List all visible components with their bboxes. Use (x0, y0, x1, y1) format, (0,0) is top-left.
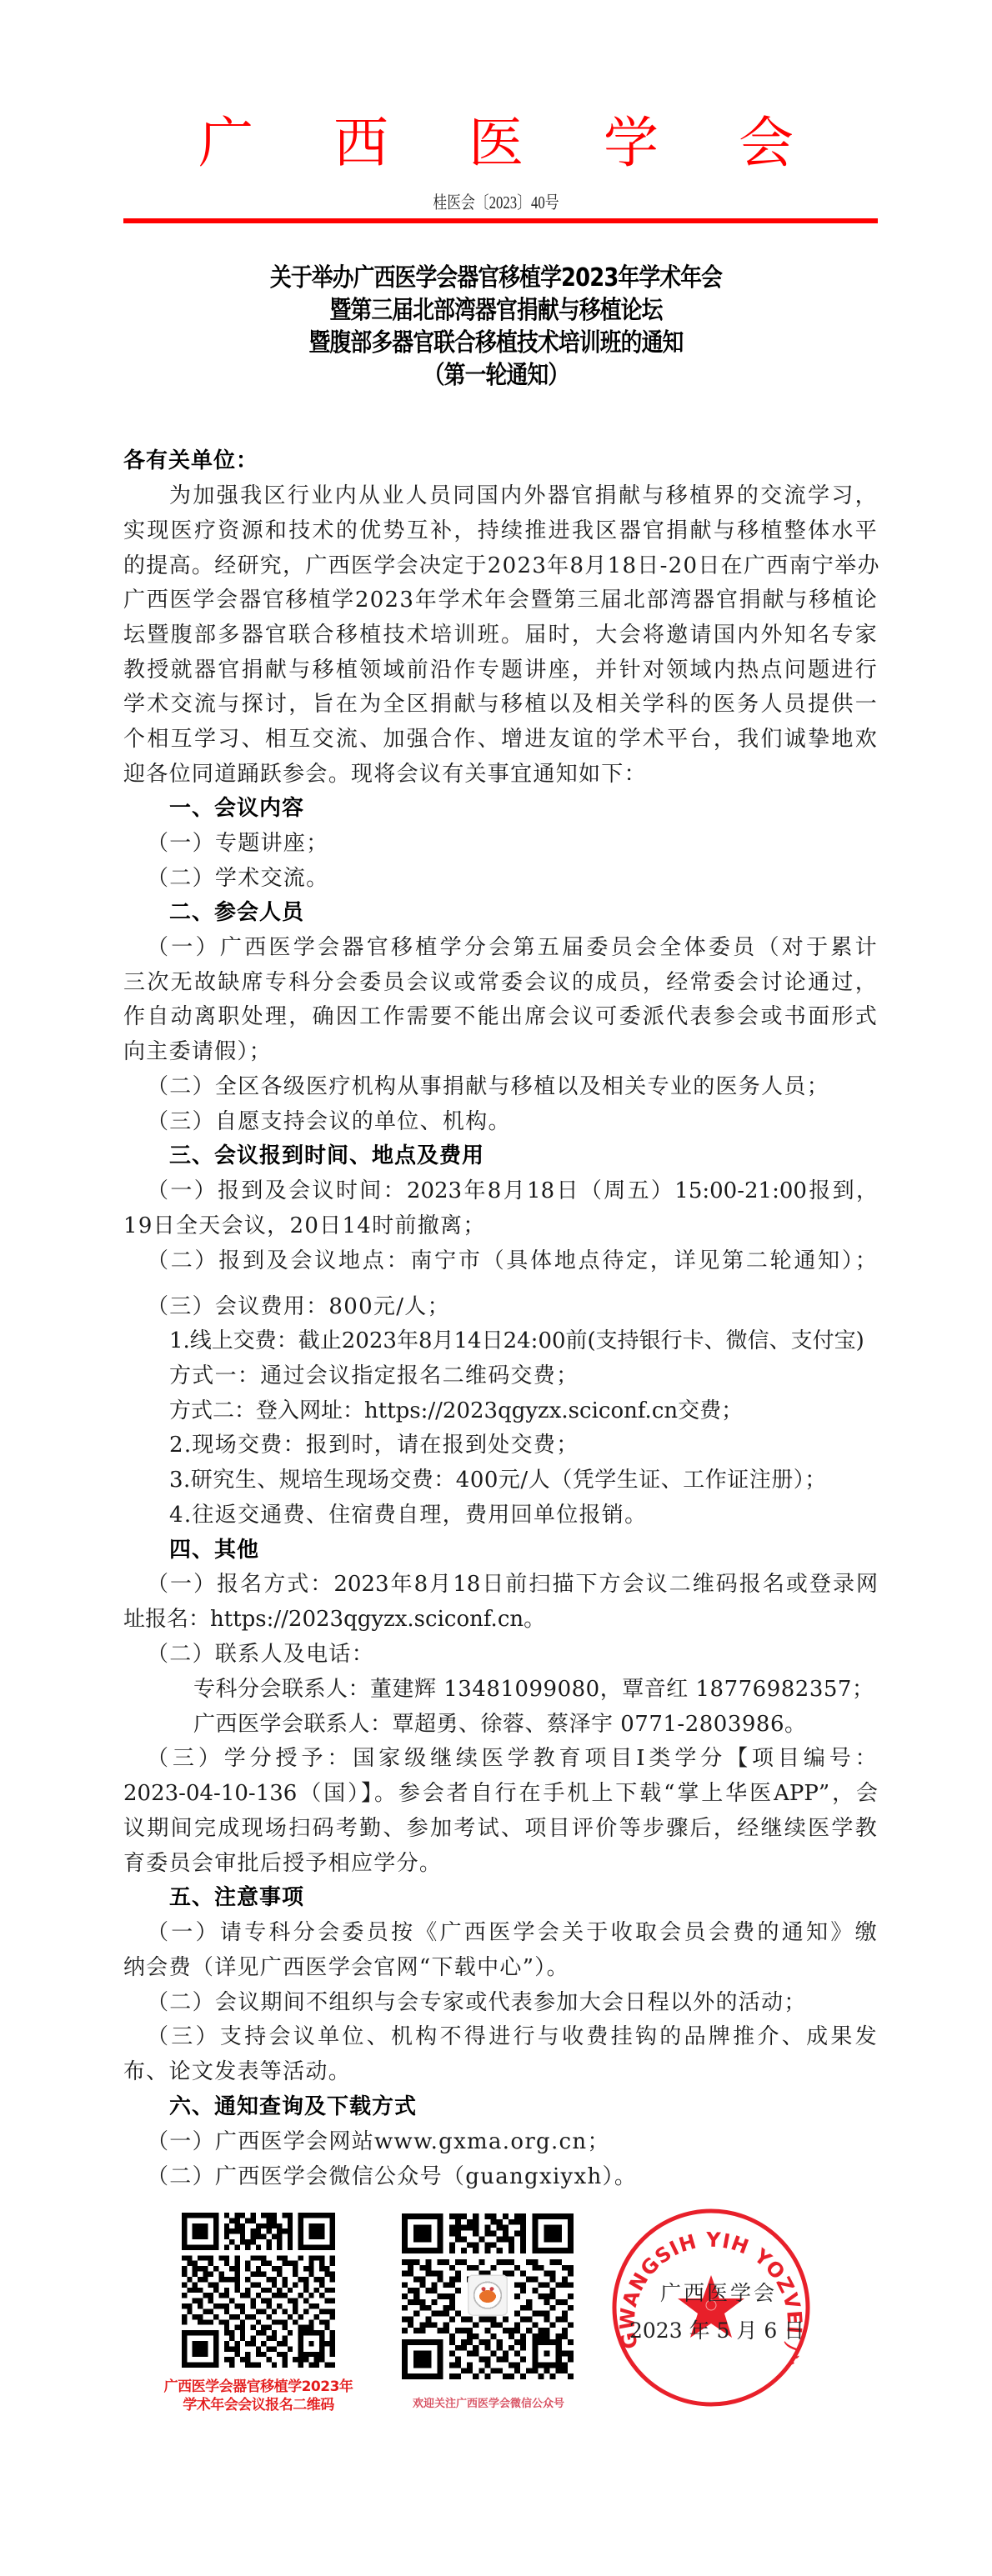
wechat-qr-code-icon[interactable] (402, 2213, 574, 2379)
contact-line: 专科分会联系人：董建辉 13481099080，覃音红 18776982357； (193, 1675, 874, 1703)
registration-qr-code-icon[interactable] (182, 2213, 335, 2368)
seal-date: 2023 年 5 月 6 日 (629, 2318, 804, 2343)
list-item: （一）报到及会议时间：2023年8月18日（周五）15:00-21:00报到， (147, 1177, 878, 1205)
official-seal-icon: GWANGSIH YIH YOZVEI 广 西 医 学 会 (610, 2207, 812, 2408)
list-item: （一）请专科分会委员按《广西医学会关于收取会员会费的通知》缴 (147, 1918, 878, 1947)
intro-line: 迎各位同道踊跃参会。现将会议有关事宜通知如下： (123, 760, 647, 788)
contact-line: 广西医学会联系人：覃超勇、徐蓉、蔡泽宇 0771-2803986。 (193, 1710, 807, 1738)
document-number: 桂医会〔2023〕40号 (99, 190, 893, 215)
section-heading-attendees: 二、参会人员 (169, 898, 304, 927)
list-item: （二）会议期间不组织与会专家或代表参加大会日程以外的活动； (147, 1988, 807, 2017)
intro-line: 广西医学会器官移植学2023年学术年会暨第三届北部湾器官捐献与移植论 (123, 586, 878, 614)
list-item: （三）会议费用：800元/人； (147, 1293, 450, 1321)
title-line: 暨腹部多器官联合移植技术培训班的通知 (69, 327, 922, 359)
list-item: （三）学分授予：国家级继续医学教育项目Ⅰ类学分【项目编号： (147, 1744, 878, 1773)
fee-item: 1.线上交费：截止2023年8月14日24:00前(支持银行卡、微信、支付宝) (169, 1327, 864, 1355)
website-link[interactable]: （一）广西医学会网站www.gxma.org.cn； (147, 2128, 610, 2156)
document-title: 关于举办广西医学会器官移植学2023年学术年会 暨第三届北部湾器官捐献与移植论坛… (0, 262, 992, 392)
list-item: （三）自愿支持会议的单位、机构。 (147, 1108, 511, 1136)
fee-item: 2.现场交费：报到时，请在报到处交费； (169, 1431, 579, 1459)
wechat-account: （二）广西医学会微信公众号（guangxiyxh）。 (147, 2163, 637, 2191)
list-item: （二）联系人及电话： (147, 1640, 374, 1668)
list-item-continuation: 纳会费（详见广西医学会官网“下载中心”）。 (123, 1953, 569, 1982)
list-item-continuation: 19日全天会议，20日14时前撤离； (123, 1212, 486, 1240)
list-item-continuation: 2023-04-10-136（国）】。参会者自行在手机上下载“掌上华医APP”，… (123, 1779, 878, 1808)
masthead-org-name: 广西医学会 (0, 110, 992, 177)
list-item-continuation: 育委员会审批后授予相应学分。 (123, 1849, 442, 1878)
list-item: （二）报到及会议地点：南宁市（具体地点待定，详见第二轮通知）； (147, 1247, 878, 1275)
fee-item: 4.往返交通费、住宿费自理，费用回单位报销。 (169, 1501, 647, 1529)
title-line: 关于举办广西医学会器官移植学2023年学术年会 (69, 262, 922, 294)
intro-line: 学术交流与探讨，旨在为全区捐献与移植以及相关学科的医务人员提供一 (123, 690, 878, 718)
list-item-continuation: 作自动离职处理，确因工作需要不能出席会议可委派代表参会或书面形式 (123, 1003, 878, 1031)
section-heading-meeting-content: 一、会议内容 (169, 794, 304, 823)
fee-item: 方式二：登入网址：https://2023qgyzx.sciconf.cn交费； (169, 1397, 743, 1425)
title-line: （第一轮通知） (69, 359, 922, 392)
fee-item: 方式一：通过会议指定报名二维码交费； (169, 1362, 579, 1390)
list-item: （三）支持会议单位、机构不得进行与收费挂钩的品牌推介、成果发 (147, 2023, 878, 2051)
intro-line: 的提高。经研究，广西医学会决定于2023年8月18日-20日在广西南宁举办 (123, 552, 878, 580)
list-item-continuation: 布、论文发表等活动。 (123, 2058, 351, 2086)
intro-line: 实现医疗资源和技术的优势互补，持续推进我区器官捐献与移植整体水平 (123, 517, 878, 545)
list-item: （一）报名方式：2023年8月18日前扫描下方会议二维码报名或登录网 (147, 1570, 878, 1598)
list-item-continuation: 三次无故缺席专科分会委员会议或常委会议的成员，经常委会讨论通过， (123, 968, 878, 997)
list-item: （二）全区各级医疗机构从事捐献与移植以及相关专业的医务人员； (147, 1073, 829, 1101)
caption-line: 学术年会会议报名二维码 (142, 2396, 375, 2414)
salutation: 各有关单位： (123, 447, 258, 475)
registration-qr-caption: 广西医学会器官移植学2023年 学术年会会议报名二维码 (142, 2378, 375, 2414)
title-line: 暨第三届北部湾器官捐献与移植论坛 (69, 294, 922, 327)
caption-line: 广西医学会器官移植学2023年 (142, 2378, 375, 2396)
intro-line: 教授就器官捐献与移植领域前沿作专题讲座，并针对领域内热点问题进行 (123, 656, 878, 684)
intro-line: 坛暨腹部多器官联合移植技术培训班。届时，大会将邀请国内外知名专家 (123, 621, 878, 649)
list-item: （一）广西医学会器官移植学分会第五届委员会全体委员（对于累计 (147, 933, 878, 962)
list-item-continuation: 议期间完成现场扫码考勤、参加考试、项目评价等步骤后，经继续医学教 (123, 1814, 878, 1843)
section-heading-query-download: 六、通知查询及下载方式 (169, 2093, 417, 2121)
red-divider-rule (123, 218, 878, 223)
wechat-qr-caption: 欢迎关注广西医学会微信公众号 (398, 2397, 579, 2412)
section-heading-time-place-fees: 三、会议报到时间、地点及费用 (169, 1142, 484, 1170)
list-item: （一）专题讲座； (147, 829, 328, 858)
list-item-continuation: 向主委请假）； (123, 1038, 272, 1066)
registration-url[interactable]: 址报名：https://2023qgyzx.sciconf.cn。 (123, 1605, 545, 1633)
intro-line: 为加强我区行业内从业人员同国内外器官捐献与移植界的交流学习， (169, 482, 878, 510)
fee-item: 3.研究生、规培生现场交费：400元/人（凭学生证、工作证注册）； (169, 1466, 827, 1494)
list-item: （二）学术交流。 (147, 864, 328, 893)
section-heading-other: 四、其他 (169, 1536, 259, 1564)
section-heading-notes: 五、注意事项 (169, 1883, 304, 1912)
intro-line: 个相互学习、相互交流、加强合作、增进友谊的学术平台，我们诚挚地欢 (123, 725, 878, 753)
seal-issuer-name: 广西医学会 (660, 2281, 777, 2306)
